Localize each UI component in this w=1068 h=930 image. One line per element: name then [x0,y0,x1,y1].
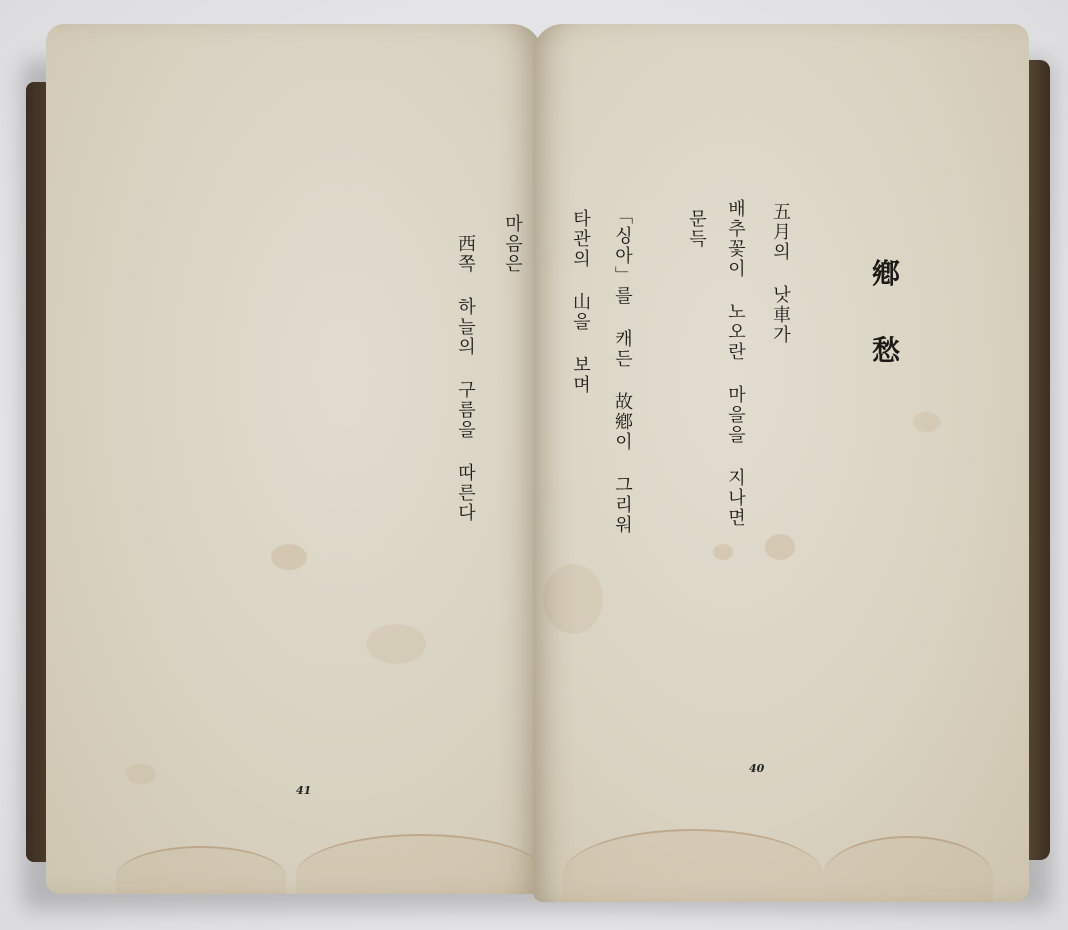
stain [126,764,156,784]
water-stain [563,829,823,902]
stain [271,544,307,570]
poem-line: 마음은 [503,214,521,274]
poem-title-char: 愁 [872,329,900,369]
poem-line: 「싱아」를 캐든 故鄕이 그리워 [613,206,631,535]
stain [913,412,941,432]
stain [543,564,603,634]
poem-line: 문득 [687,209,705,249]
poem-line: 五月의 낫車가 [771,202,789,345]
stain [366,624,426,664]
water-stain [296,834,542,894]
poem-line: 배추꽃이 노오란 마을을 지나면 [726,199,744,528]
stain [765,534,795,560]
poem-line: 西쪽 하늘의 구름을 따른다 [456,234,474,523]
water-stain [823,836,993,902]
poem-line: 타관의 山을 보며 [571,209,589,395]
page-number: 40 [749,762,764,775]
right-page: 鄕 愁 五月의 낫車가 배추꽃이 노오란 마을을 지나면 문득 「싱아」를 캐든… [533,24,1029,902]
left-page: ​ 마음은 西쪽 하늘의 구름을 따른다 41 [46,24,542,894]
water-stain [116,846,286,894]
page-number: 41 [296,784,311,797]
stain [713,544,733,560]
poem-title-char: 鄕 [872,252,900,292]
